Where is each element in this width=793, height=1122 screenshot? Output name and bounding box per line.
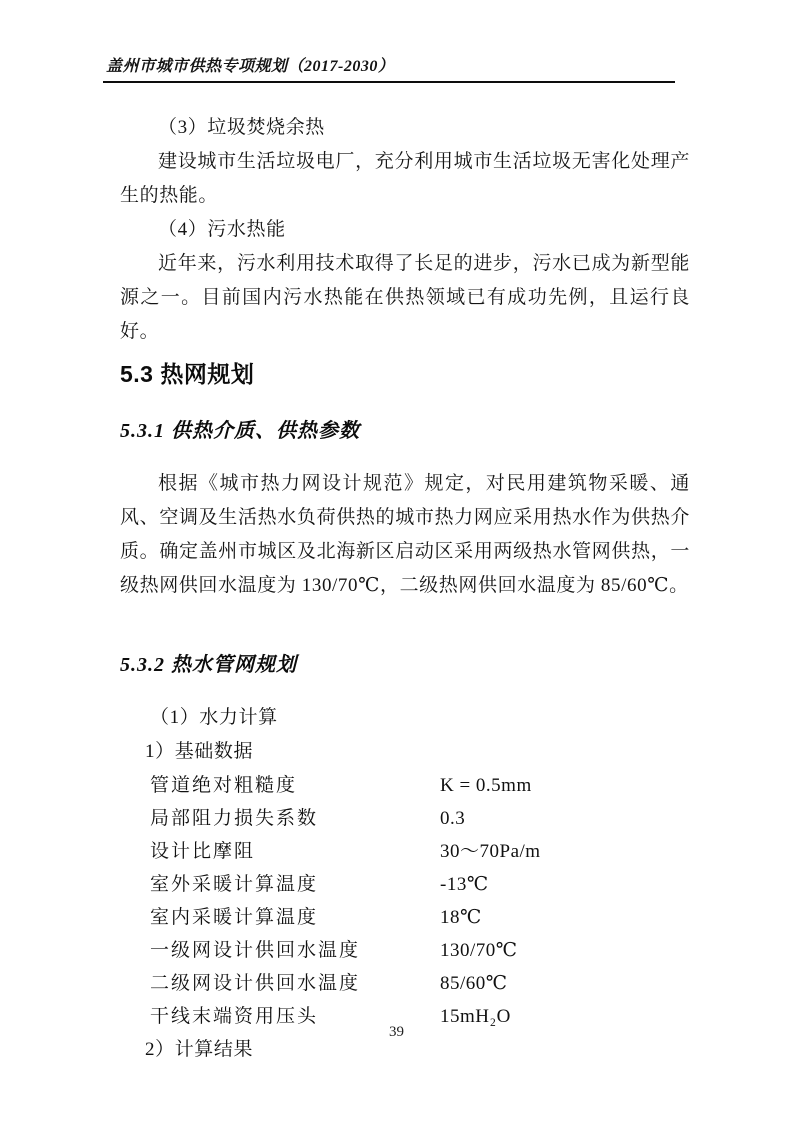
page-number: 39	[0, 1024, 793, 1041]
page-header: 盖州市城市供热专项规划（2017-2030）	[103, 0, 675, 83]
item3-paragraph: 建设城市生活垃圾电厂，充分利用城市生活垃圾无害化处理产生的热能。	[120, 145, 690, 213]
data-row-primary-network-temp: 一级网设计供回水温度 130/70℃	[120, 934, 690, 967]
data-row-local-resistance: 局部阻力损失系数 0.3	[120, 802, 690, 835]
data-value: 85/60℃	[440, 967, 508, 1000]
data-label: 管道绝对粗糙度	[120, 769, 440, 802]
section-5-3-2-title: 5.3.2 热水管网规划	[120, 651, 690, 679]
section-5-3-1-title: 5.3.1 供热介质、供热参数	[120, 417, 690, 445]
document-page: 盖州市城市供热专项规划（2017-2030） （3）垃圾焚烧余热 建设城市生活垃…	[0, 0, 793, 1122]
data-value: 130/70℃	[440, 934, 518, 967]
data-row-pipe-roughness: 管道绝对粗糙度 K = 0.5mm	[120, 769, 690, 802]
data-row-outdoor-temp: 室外采暖计算温度 -13℃	[120, 868, 690, 901]
item4-paragraph: 近年来，污水利用技术取得了长足的进步，污水已成为新型能源之一。目前国内污水热能在…	[120, 247, 690, 349]
data-row-friction: 设计比摩阻 30～70Pa/m	[120, 835, 690, 868]
data-label: 一级网设计供回水温度	[120, 934, 440, 967]
data-label: 二级网设计供回水温度	[120, 967, 440, 1000]
data-label: 室外采暖计算温度	[120, 868, 440, 901]
page-content: （3）垃圾焚烧余热 建设城市生活垃圾电厂，充分利用城市生活垃圾无害化处理产生的热…	[0, 83, 793, 1067]
section-5-3-title: 5.3 热网规划	[120, 357, 690, 391]
basic-data-heading: 1）基础数据	[120, 735, 690, 769]
basic-data-list: 管道绝对粗糙度 K = 0.5mm 局部阻力损失系数 0.3 设计比摩阻 30～…	[120, 769, 690, 1033]
data-value: 0.3	[440, 802, 465, 835]
data-label: 设计比摩阻	[120, 835, 440, 868]
data-row-secondary-network-temp: 二级网设计供回水温度 85/60℃	[120, 967, 690, 1000]
data-label: 室内采暖计算温度	[120, 901, 440, 934]
data-value: -13℃	[440, 868, 489, 901]
document-title: 盖州市城市供热专项规划（2017-2030）	[106, 58, 394, 75]
hydraulic-calculation-heading: （1）水力计算	[120, 701, 690, 735]
item3-heading: （3）垃圾焚烧余热	[120, 111, 690, 145]
data-row-indoor-temp: 室内采暖计算温度 18℃	[120, 901, 690, 934]
item4-heading: （4）污水热能	[120, 213, 690, 247]
data-value: 30～70Pa/m	[440, 835, 541, 868]
data-label: 局部阻力损失系数	[120, 802, 440, 835]
data-value: 18℃	[440, 901, 482, 934]
data-value: K = 0.5mm	[440, 769, 532, 802]
section-5-3-1-paragraph: 根据《城市热力网设计规范》规定，对民用建筑物采暖、通风、空调及生活热水负荷供热的…	[120, 467, 690, 603]
